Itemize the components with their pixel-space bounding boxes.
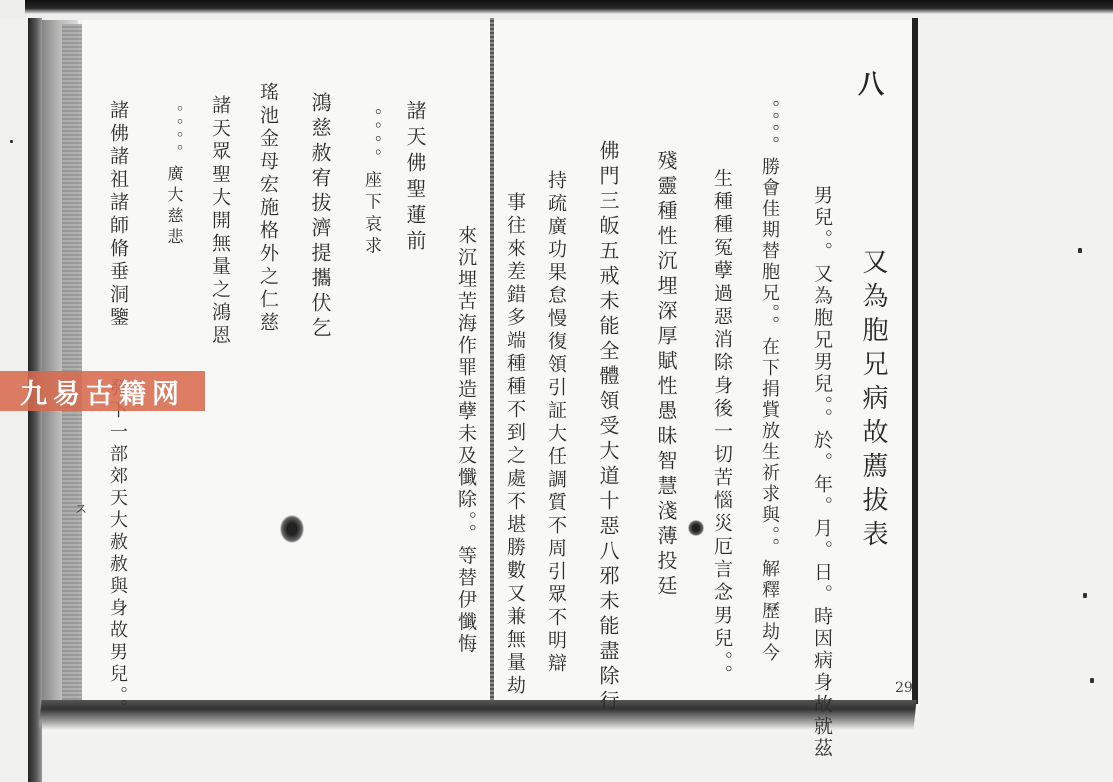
- text-column-9: 諸天佛聖蓮前: [405, 100, 425, 256]
- text-column-13: 諸天眾聖大開無量之鴻恩: [210, 95, 229, 348]
- text-column-7: 事往來差錯多端種種不到之處不堪勝數又兼無量劫: [505, 192, 524, 698]
- speck: [1078, 248, 1082, 253]
- text-column-14: 。。。。廣大慈悲: [166, 105, 182, 249]
- ink-blot: [688, 520, 704, 536]
- text-column-12: 瑤池金母宏施格外之仁慈: [258, 82, 277, 335]
- binding-texture: [62, 24, 84, 704]
- ink-blot: [280, 515, 304, 543]
- right-page-edge: [912, 18, 918, 704]
- text-column-1: 男兒。。又為胞兄男兒。。於。年。月。日。時因病身故就茲: [812, 185, 831, 760]
- watermark-banner: 九易古籍网: [0, 371, 205, 411]
- text-column-16: 發下一部郊天大赦赦與身故男兒。。: [108, 378, 126, 721]
- page-number: 八: [858, 64, 884, 101]
- speck: [1090, 678, 1094, 683]
- page-gutter: [490, 18, 494, 718]
- document-title: 又為胞兄病故薦拔表: [860, 248, 886, 554]
- margin-mark: ス: [75, 500, 87, 517]
- text-column-8: 來沉埋苦海作罪造孽未及懺除。。等替伊懺悔: [456, 225, 475, 656]
- bottom-book-edge: [38, 700, 916, 730]
- top-book-edge: [25, 0, 1113, 14]
- text-column-15: 諸佛諸祖諸師脩垂洞鑒: [108, 100, 127, 330]
- left-page: [82, 20, 492, 710]
- speck: [1083, 593, 1087, 598]
- text-column-6: 持疏廣功果怠慢復領引証大任調質不周引眾不明辯: [546, 170, 565, 676]
- text-column-2: 。。。。勝會佳期替胞兄。。在下捐貲放生祈求與。。解釋歷劫今: [760, 100, 778, 664]
- text-column-4: 殘靈種性沉埋深厚賦性愚昧智慧淺薄投廷: [656, 150, 676, 600]
- text-column-5: 佛門三皈五戒未能全體領受大道十惡八邪未能盡除行: [598, 140, 618, 715]
- speck: [10, 140, 13, 143]
- text-column-10: 。。。。座下哀求: [362, 108, 379, 259]
- corner-mark: 29: [895, 680, 913, 696]
- text-column-11: 鴻慈赦宥拔濟提攜伏乞: [310, 92, 330, 342]
- text-column-3: 生種種冤孽過惡消除身後一切苦惱災厄言念男兒。。: [712, 168, 731, 688]
